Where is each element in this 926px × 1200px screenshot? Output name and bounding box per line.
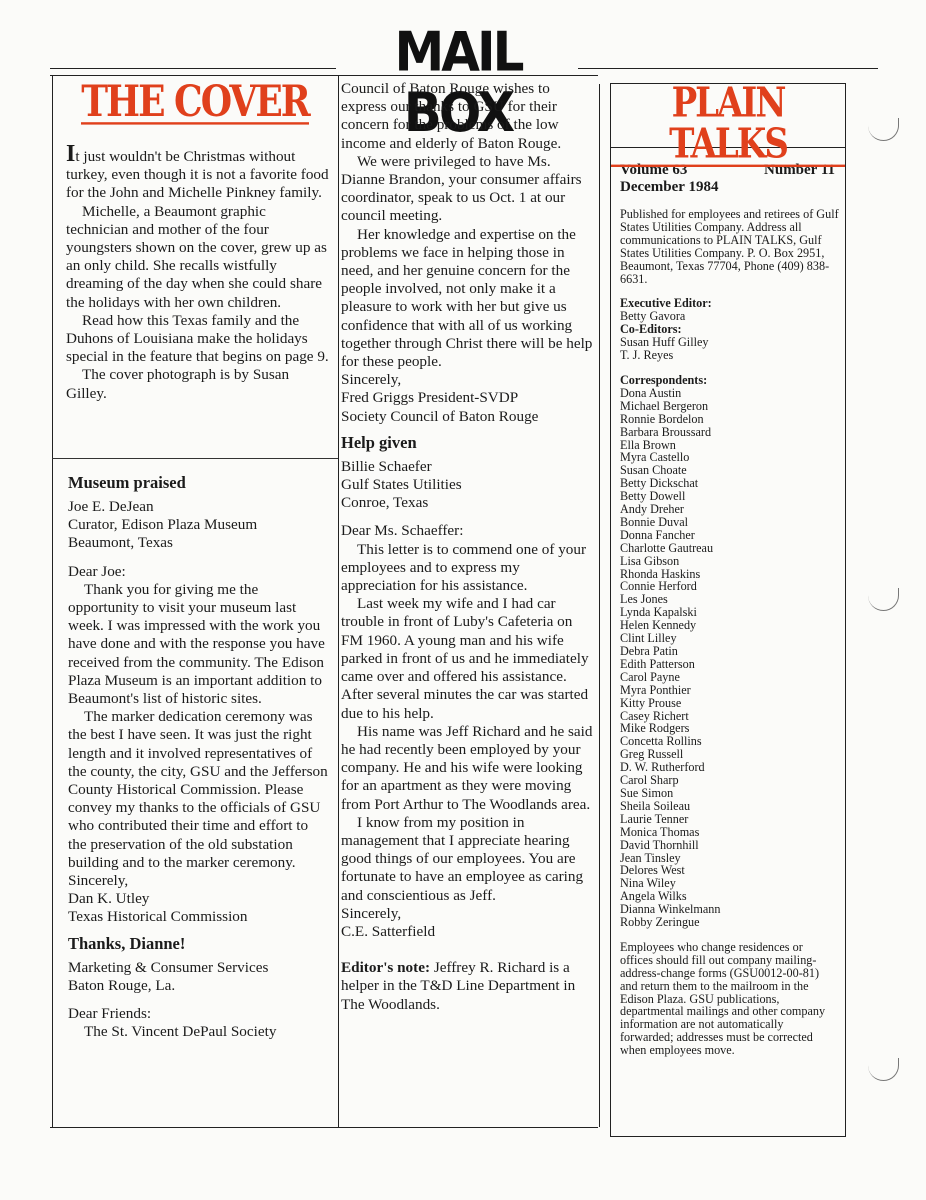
column-rule-right — [599, 84, 600, 1127]
binder-hole-middle — [868, 588, 899, 611]
correspondent-name: Laurie Tenner — [620, 813, 845, 826]
correspondents-list: Dona AustinMichael BergeronRonnie Bordel… — [620, 387, 845, 929]
correspondent-name: Myra Ponthier — [620, 684, 845, 697]
correspondent-name: Barbara Broussard — [620, 426, 845, 439]
cover-title: THE COVER — [81, 81, 308, 124]
dianne-heading: Thanks, Dianne! — [68, 933, 330, 955]
correspondent-name: Sheila Soileau — [620, 800, 845, 813]
correspondent-name: Carol Payne — [620, 671, 845, 684]
correspondent-name: Michael Bergeron — [620, 400, 845, 413]
plain-talks-body: Volume 63 Number 11 December 1984 Publis… — [611, 148, 845, 1057]
museum-heading: Museum praised — [68, 472, 330, 494]
cover-text: It just wouldn't be Christmas without tu… — [66, 145, 330, 403]
drop-cap: I — [66, 141, 75, 167]
plain-talks-title: PLAIN TALKS — [611, 83, 845, 167]
correspondent-name: Debra Patin — [620, 645, 845, 658]
column-rule-middle — [338, 75, 339, 1127]
masthead-title: MAIL BOX — [336, 22, 580, 82]
correspondent-name: Robby Zeringue — [620, 916, 845, 929]
middle-column-letters: Council of Baton Rouge wishes to express… — [341, 80, 593, 1014]
address-change-notice: Employees who change residences or offic… — [620, 941, 845, 1057]
plain-talks-masthead: PLAIN TALKS Volume 63 Number 11 December… — [610, 83, 846, 1137]
correspondent-name: Edith Patterson — [620, 658, 845, 671]
correspondent-name: Lisa Gibson — [620, 555, 845, 568]
binder-hole-top — [868, 118, 899, 141]
correspondent-name: Kitty Prouse — [620, 697, 845, 710]
left-column-letters: Museum praised Joe E. DeJean Curator, Ed… — [68, 472, 330, 1041]
correspondent-name: Andy Dreher — [620, 503, 845, 516]
correspondent-name: Monica Thomas — [620, 826, 845, 839]
correspondent-name: Dona Austin — [620, 387, 845, 400]
issue-date: December 1984 — [620, 179, 845, 196]
masthead-rule-right — [578, 68, 878, 69]
correspondent-name: Charlotte Gautreau — [620, 542, 845, 555]
binder-hole-bottom — [868, 1058, 899, 1081]
correspondent-name: Donna Fancher — [620, 529, 845, 542]
correspondent-name: Bonnie Duval — [620, 516, 845, 529]
correspondent-name: Sue Simon — [620, 787, 845, 800]
publication-info: Published for employees and retirees of … — [620, 208, 845, 285]
masthead-rule-left — [50, 68, 336, 69]
correspondent-name: Ronnie Bordelon — [620, 413, 845, 426]
editor-note: Editor's note: Jeffrey R. Richard is a h… — [341, 959, 593, 1014]
cover-section: THE COVER It just wouldn't be Christmas … — [52, 75, 338, 459]
help-heading: Help given — [341, 432, 593, 454]
correspondent-name: David Thornhill — [620, 839, 845, 852]
